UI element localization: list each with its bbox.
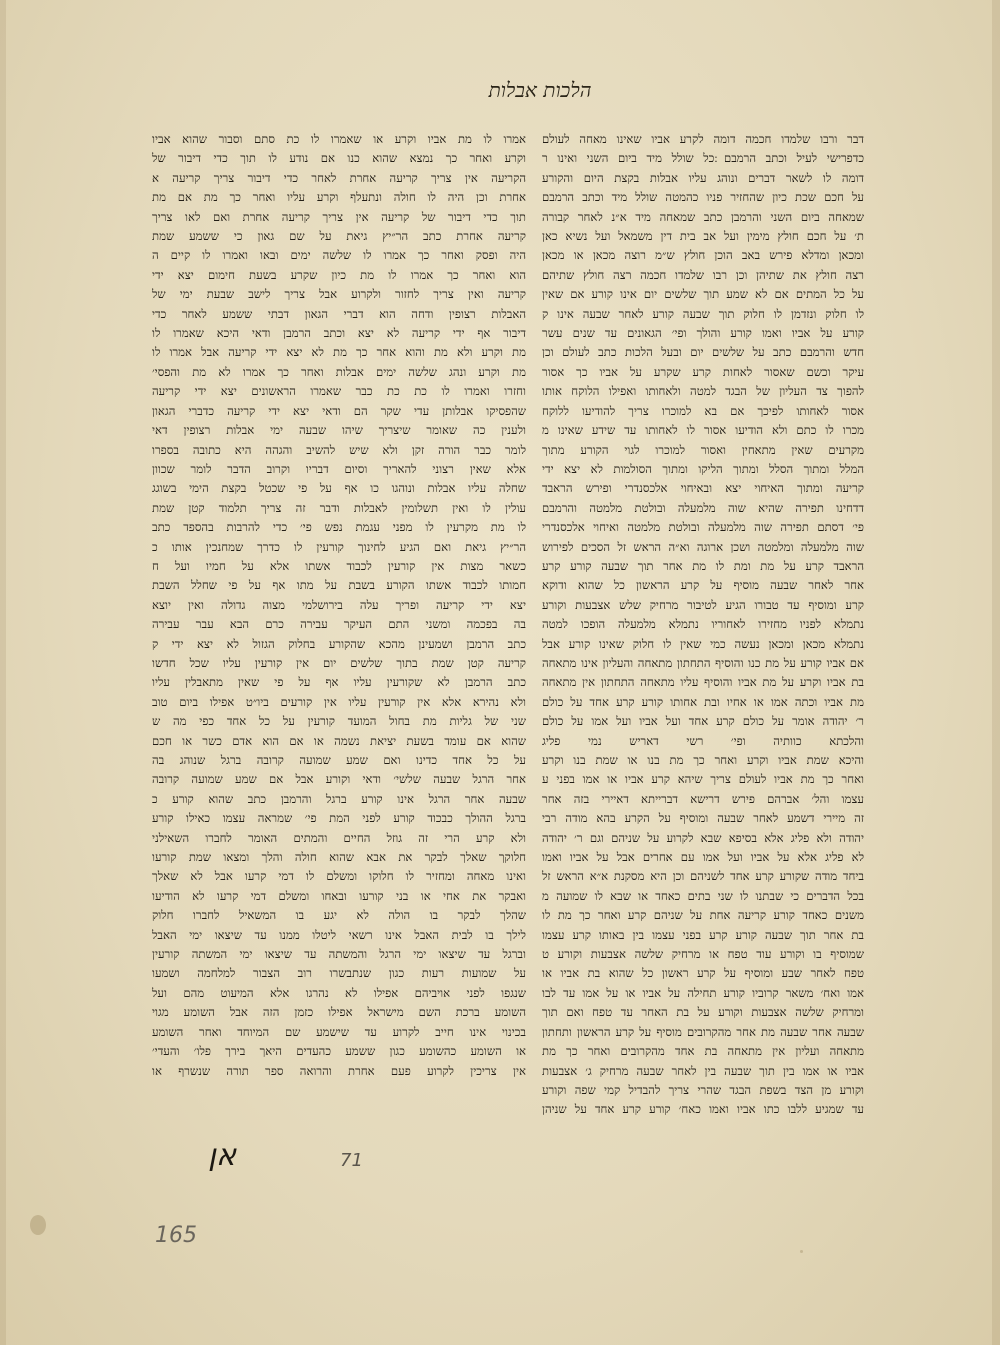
text-line: קריעה ואין צריך לחזור ולקרוע אבל צריך לי… bbox=[152, 285, 526, 304]
text-line: אין צריכין לקרוע פעם אחרת והרואה ספר תור… bbox=[152, 1062, 526, 1081]
text-line: שני של גליות מת בחול המועד קורעין על כל … bbox=[152, 712, 526, 731]
page-edge-right bbox=[992, 0, 1000, 1345]
handwritten-folio-number: 165 bbox=[155, 1223, 197, 1248]
text-line: רצה חולץ את שתיהן וכן רבו שלמדו חכמה רצה… bbox=[542, 266, 864, 285]
text-line: אלא שאין רצוני להאריך וסיום דבריו וקרוב … bbox=[152, 460, 526, 479]
text-line: לומר כבר הורה זקן ולא שיש להשיב והגהה הי… bbox=[152, 441, 526, 460]
running-header: הלכות אבלות bbox=[470, 78, 610, 103]
text-line: כדפרישי לעיל וכתב הרמבם ׃כל שולל מיד ביו… bbox=[542, 149, 864, 168]
text-line: בת אחר תוך שבעה קורע קרע בפני עצמו בין ב… bbox=[542, 926, 864, 945]
text-line: וברגל עד שיצאו ימי הרגל והמשתה עד שיצאו … bbox=[152, 945, 526, 964]
text-line: הוא ואחר כך אמרו לו מת כיון שקרע בשעת חי… bbox=[152, 266, 526, 285]
text-line: וקרע ואחר כך נמצא שהוא כנו אם נודע לו תו… bbox=[152, 149, 526, 168]
text-line: אמרו לו מת אביו וקרע או שאמרו לו כת סתם … bbox=[152, 130, 526, 149]
text-line: הר״יץ גיאת ואם הגיע לחינוך קורעין לו כדר… bbox=[152, 538, 526, 557]
text-line: עד שמגיע ללבו כתו אביו ואמו כאח׳ קורע קר… bbox=[542, 1100, 864, 1119]
page-edge-left bbox=[0, 0, 6, 1345]
text-line: שוה מלמעלה ומלמטה ושכן ארוגה וא״ה הראש ז… bbox=[542, 538, 864, 557]
text-line: משנים כאחד קורע קריעה אחת על שניהם קרע ו… bbox=[542, 906, 864, 925]
text-line: שבעה אחר שבעה מת אחר מהקרובים מוסיף על ק… bbox=[542, 1023, 864, 1042]
manuscript-page: הלכות אבלות דבר ורבו שלמדו חכמה דומה לקר… bbox=[0, 0, 1000, 1345]
text-line: השומע ברכת השם מישראל אפילו כזמן הזה אבל… bbox=[152, 1003, 526, 1022]
text-line: חלוקך שאלך לבקר את אבא שהוא חולה והלך ומ… bbox=[152, 848, 526, 867]
text-line: הראבד קרע על מת ומת לו מת אחר תוך שבעה ק… bbox=[542, 557, 864, 576]
handwritten-bottom-number: 71 bbox=[340, 1150, 363, 1171]
text-line: על כל המתים אם לא שמע תוך שלשים יום אינו… bbox=[542, 285, 864, 304]
text-line: מת אביו וכתה אמו או אחיו ובת אחותו קורע … bbox=[542, 693, 864, 712]
text-line: לו חלוק ונזדמן לו חלוק תוך שבעה קורע לאח… bbox=[542, 305, 864, 324]
text-line: אמו ואח׳ משאר קרוביו קורע תחילה על אביו … bbox=[542, 984, 864, 1003]
text-line: קריעה ומתוך האיחוי יצא ובאיחוי אלכסנדרי … bbox=[542, 479, 864, 498]
text-line: ברגל ההולך כבכוד קורע לפני המת פי׳ שמראה… bbox=[152, 809, 526, 828]
text-line: עצמו והל׳ אברהם פירש דרישא דברייתא דאייר… bbox=[542, 790, 864, 809]
text-line: שבעה אחר הרגל אינו קורע ברגל והרמבן כתב … bbox=[152, 790, 526, 809]
text-line: ולא קרע הרי זה גוזל החיים והמתים האומר ל… bbox=[152, 829, 526, 848]
text-line: והלכתא כוותיה ופי׳ רשי דאריש נמי פליג bbox=[542, 732, 864, 751]
text-line: עיקר וכשם שאסור לאחות קרע שקרע על אביו כ… bbox=[542, 363, 864, 382]
text-line: שהוא אם עומד בשעת יציאת נשמה או אם הוא א… bbox=[152, 732, 526, 751]
text-line: ר׳ יהודה אומר על כולם קרע אחד ועל אביו ו… bbox=[542, 712, 864, 731]
text-line: והיכא שמת אביו וקרע ואחר כך מת בנו או שמ… bbox=[542, 751, 864, 770]
text-line: להפוך צד העליון של הבגד למטה ולאחותו ואפ… bbox=[542, 382, 864, 401]
text-line: אחר לאחר שבעה מוסיף על קרע הראשון כל שהו… bbox=[542, 576, 864, 595]
text-line: האבלות רצופין ודחה הוא דברי הגאון דבתי ש… bbox=[152, 305, 526, 324]
text-line: שמאחה ביום השני והרמבן כתב שמאחה מיד א״נ… bbox=[542, 208, 864, 227]
text-line: שהלך לבקר בו הולה לא יגע בו המשאיל לחברו… bbox=[152, 906, 526, 925]
text-line: מת וקרע ולא מת והוא אחר כך מת לא יצא ידי… bbox=[152, 343, 526, 362]
text-line: יצא ידי קריעה ופריך עלה בירושלמי מצוה גד… bbox=[152, 596, 526, 615]
text-line: וחזרו ואמרו לו כת כת כבר שאמרו הראשונים … bbox=[152, 382, 526, 401]
text-line: שמוסיף בו וקורע עוד טפח או מרחיק שלשה אצ… bbox=[542, 945, 864, 964]
text-line: על כל אחד כדינו ואם שמע שמועה קרובה ברגל… bbox=[152, 751, 526, 770]
text-line: ומכאן ומדלא פירש באב הוכן חולץ ש״מ רוצה … bbox=[542, 246, 864, 265]
text-line: קריעה קטן שמת בתוך שלשים יום אין קורעין … bbox=[152, 654, 526, 673]
text-line: שנגפו לפני אויביהם אפילו לא נהרגו אלא המ… bbox=[152, 984, 526, 1003]
text-line: קורע על אביו ואמו קורע והולך ופי׳ הגאוני… bbox=[542, 324, 864, 343]
text-line: לילך בו לבית האבל אינו רשאי ליטלו ממנו ע… bbox=[152, 926, 526, 945]
text-line: חמותו לכבוד אשתו הקורע בשבת על מתו אף על… bbox=[152, 576, 526, 595]
text-line: אם אביו קורע על מת כנו והוסיף התחתון מתא… bbox=[542, 654, 864, 673]
text-line: מתאחה ועליון אין מתאחה בת אחד מהקרובים ו… bbox=[542, 1042, 864, 1061]
text-line: בת אביו וקרע על מת אביו והוסיף עליו מתאח… bbox=[542, 673, 864, 692]
text-line: כתב הרמבן לא שקורעין עליו אף על פי שאין … bbox=[152, 673, 526, 692]
text-line: או השומע כהשומע כגון ששמע כהעדים היאך בי… bbox=[152, 1042, 526, 1061]
text-line: אסור לאחותו לפיכך אם בא למוכרו צריך להוד… bbox=[542, 402, 864, 421]
text-line: בה בפכמה ומשני התם העיקר עבירה כרם הבא ע… bbox=[152, 615, 526, 634]
text-line: מקרעים שאין מתאחין ואסור למוכרו לגוי הקו… bbox=[542, 441, 864, 460]
text-line: ומרחיק שלשה אצבעות וקורע על בת האחר עד ט… bbox=[542, 1003, 864, 1022]
text-line: הקריעה אין צריך קריעה אחרת לאחר כדי דיבו… bbox=[152, 169, 526, 188]
text-line: דומה לו לשאר דברים ונוהג עליו אבלות בקצת… bbox=[542, 169, 864, 188]
text-line: מכרו לו כתם ולא הודיעו אסור לו לאחותו עד… bbox=[542, 421, 864, 440]
text-line: המלל ומתוך הסלל ומתוך הליקו ומתוך הסולמו… bbox=[542, 460, 864, 479]
text-line: דבר ורבו שלמדו חכמה דומה לקרע אביו שאינו… bbox=[542, 130, 864, 149]
text-line: ואינו מאחה ומחזיר לו חלוקו ומשלם לו דמי … bbox=[152, 867, 526, 886]
text-line: ביחד מודה שקורע קרע אחד לשניהם וכן היא מ… bbox=[542, 867, 864, 886]
text-line: זה מיירי דשמע לאחר שבעה ומוסיף על הקרע ב… bbox=[542, 809, 864, 828]
text-line: בכינוי אינו חייב לקרוע עד שישמע שם המיוח… bbox=[152, 1023, 526, 1042]
text-line: עולין לו ואין תשלומין לאבלות ודבר זה צרי… bbox=[152, 499, 526, 518]
text-line: מת וקרע ונהג שלשה ימים אבלות ואחר כך אמר… bbox=[152, 363, 526, 382]
text-line: שהפסיקו אבלותן עדי שקר הם ודאי יצא ידי ק… bbox=[152, 402, 526, 421]
text-line: ולענין כה שאומר שיצריך שיהו שבעה ימי אבל… bbox=[152, 421, 526, 440]
stain bbox=[30, 1215, 46, 1235]
text-line: תוך כדי דיבור של קריעה אין צריך קריעה אח… bbox=[152, 208, 526, 227]
text-line: אביו או אמו בין תוך שבעה בין לאחר שבעה מ… bbox=[542, 1062, 864, 1081]
text-line: דיבור אף ידי קריעה לא יצא וכתב הרמבן ודא… bbox=[152, 324, 526, 343]
text-line: וקורע מן הצד בשפת הבגד שהרי צריך להבדיל … bbox=[542, 1081, 864, 1100]
text-line: יהודה ולא פליג אלא בסיפא שבא לקרוע על שנ… bbox=[542, 829, 864, 848]
text-line: ואבקר את אחי או בני קורעו ובאחו ומשלם דמ… bbox=[152, 887, 526, 906]
text-line: היה ופסק ואחר כך אמרו לו שלשה ימים ובאו … bbox=[152, 246, 526, 265]
text-line: שחלה עליו אבלות ונוהגו כו אף על פי שכטל … bbox=[152, 479, 526, 498]
text-line: פי׳ דסתם תפירה שוה מלמעלה ובולטת מלמטה ו… bbox=[542, 518, 864, 537]
text-column-left: אמרו לו מת אביו וקרע או שאמרו לו כת סתם … bbox=[152, 130, 526, 1081]
text-line: לא פליג אלא על אביו ועל אמו עם אחרים אבל… bbox=[542, 848, 864, 867]
text-line: דדחינו תפירה שהיא שוה מלמעלה ובולטת מלמט… bbox=[542, 499, 864, 518]
text-line: על חכם שכת כיון שהחזיר פניו כהמטה שולל מ… bbox=[542, 188, 864, 207]
text-line: קרע ומוסיף עד טבורו הגיע לטיבור מרחיק של… bbox=[542, 596, 864, 615]
text-line: לו מת מקרעין לו מפני עגמת נפש פי׳ כדי לה… bbox=[152, 518, 526, 537]
text-line: אחרת וכן היה לו חולה ונתעלף וקרע עליו וא… bbox=[152, 188, 526, 207]
text-line: ולא נהירא אלא אין קורעין עליו אין קורעים… bbox=[152, 693, 526, 712]
handwritten-hebrew-note: אן bbox=[208, 1138, 236, 1173]
text-line: חדש והרמבם כתב על שלשים יום ובעל הלכות כ… bbox=[542, 343, 864, 362]
stain bbox=[800, 1250, 803, 1253]
text-line: בכל הדברים כי שבתנו לו שני בתים כאחד או … bbox=[542, 887, 864, 906]
text-line: אחר הרגל שבעה שלשי׳ ודאי וקורע אבל אם שמ… bbox=[152, 770, 526, 789]
text-line: קריעה אחרת כתב הר״יץ גיאת על שם גאון כי … bbox=[152, 227, 526, 246]
text-line: כשאר מצות אין קורעין לכבוד אשתו אלא על ח… bbox=[152, 557, 526, 576]
text-line: נתמלא מכאן ומכאן נעשה כמי שאין לו חלוק ש… bbox=[542, 635, 864, 654]
text-line: כתב הרמבן ושמעינן מהכא שהקורע בחלוק הגזו… bbox=[152, 635, 526, 654]
text-line: טפח לאחר שבע ומוסיף על קרע ראשון כל שהוא… bbox=[542, 964, 864, 983]
text-line: נתמלא לפניו מחזירו לאחוריו נתמלא מלמעלה … bbox=[542, 615, 864, 634]
text-column-right: דבר ורבו שלמדו חכמה דומה לקרע אביו שאינו… bbox=[542, 130, 864, 1120]
text-line: ואחר כך מת אביו לעולם צריך שיהא קרע אביו… bbox=[542, 770, 864, 789]
text-line: ת׳ על חכם חולץ מימין ועל אב בית דין משמא… bbox=[542, 227, 864, 246]
text-line: על שמועות רעות כגון שנתבשרו רוב הצבור למ… bbox=[152, 964, 526, 983]
